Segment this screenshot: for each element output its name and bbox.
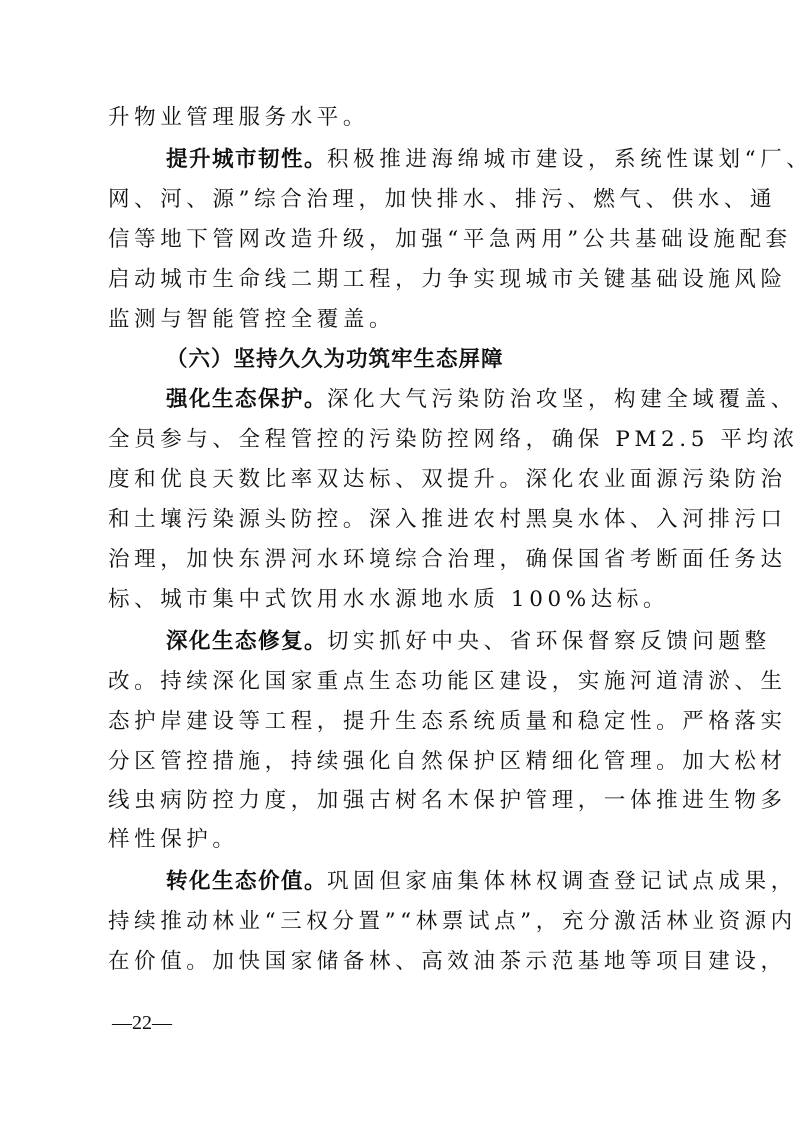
- text-line: 态护岸建设等工程，提升生态系统质量和稳定性。严格落实: [108, 702, 692, 742]
- text-line: 治理，加快东淠河水环境综合治理，确保国省考断面任务达: [108, 540, 692, 580]
- text-line: 标、城市集中式饮用水水源地水质 100%达标。: [108, 580, 692, 620]
- text-line: 启动城市生命线二期工程，力争实现城市关键基础设施风险: [108, 260, 692, 300]
- text-line: 分区管控措施，持续强化自然保护区精细化管理。加大松材: [108, 742, 692, 782]
- paragraph-lead: 深化生态修复。: [166, 629, 327, 654]
- paragraph-start: 提升城市韧性。积极推进海绵城市建设，系统性谋划“厂、: [108, 140, 692, 180]
- paragraph-lead: 转化生态价值。: [166, 869, 327, 894]
- text-line: 全员参与、全程管控的污染防控网络，确保 PM2.5 平均浓: [108, 420, 692, 460]
- text-line: 样性保护。: [108, 820, 692, 860]
- section-heading: （六）坚持久久为功筑牢生态屏障: [166, 340, 504, 380]
- text-line: 持续推动林业“三权分置”“林票试点”，充分激活林业资源内: [108, 902, 692, 942]
- paragraph-lead: 强化生态保护。: [166, 387, 327, 412]
- text-line: 升物业管理服务水平。: [108, 98, 692, 138]
- paragraph-start: 强化生态保护。深化大气污染防治攻坚，构建全域覆盖、: [108, 380, 692, 420]
- text-line: 和土壤污染源头防控。深入推进农村黑臭水体、入河排污口: [108, 500, 692, 540]
- text-line: 信等地下管网改造升级，加强“平急两用”公共基础设施配套，: [108, 220, 692, 260]
- document-page: 升物业管理服务水平。 提升城市韧性。积极推进海绵城市建设，系统性谋划“厂、 网、…: [0, 0, 793, 1122]
- paragraph-start: 转化生态价值。巩固但家庙集体林权调查登记试点成果，: [108, 862, 692, 902]
- text-line: 网、河、源”综合治理，加快排水、排污、燃气、供水、通: [108, 180, 692, 220]
- text-line: 改。持续深化国家重点生态功能区建设，实施河道清淤、生: [108, 662, 692, 702]
- page-number: —22—: [112, 1012, 172, 1035]
- text-line: 度和优良天数比率双达标、双提升。深化农业面源污染防治: [108, 460, 692, 500]
- text-line: 在价值。加快国家储备林、高效油茶示范基地等项目建设，: [108, 942, 692, 982]
- text-line: 线虫病防控力度，加强古树名木保护管理，一体推进生物多: [108, 781, 692, 821]
- text-line: 监测与智能管控全覆盖。: [108, 300, 692, 340]
- paragraph-start: 深化生态修复。切实抓好中央、省环保督察反馈问题整: [108, 622, 692, 662]
- paragraph-lead: 提升城市韧性。: [166, 147, 327, 172]
